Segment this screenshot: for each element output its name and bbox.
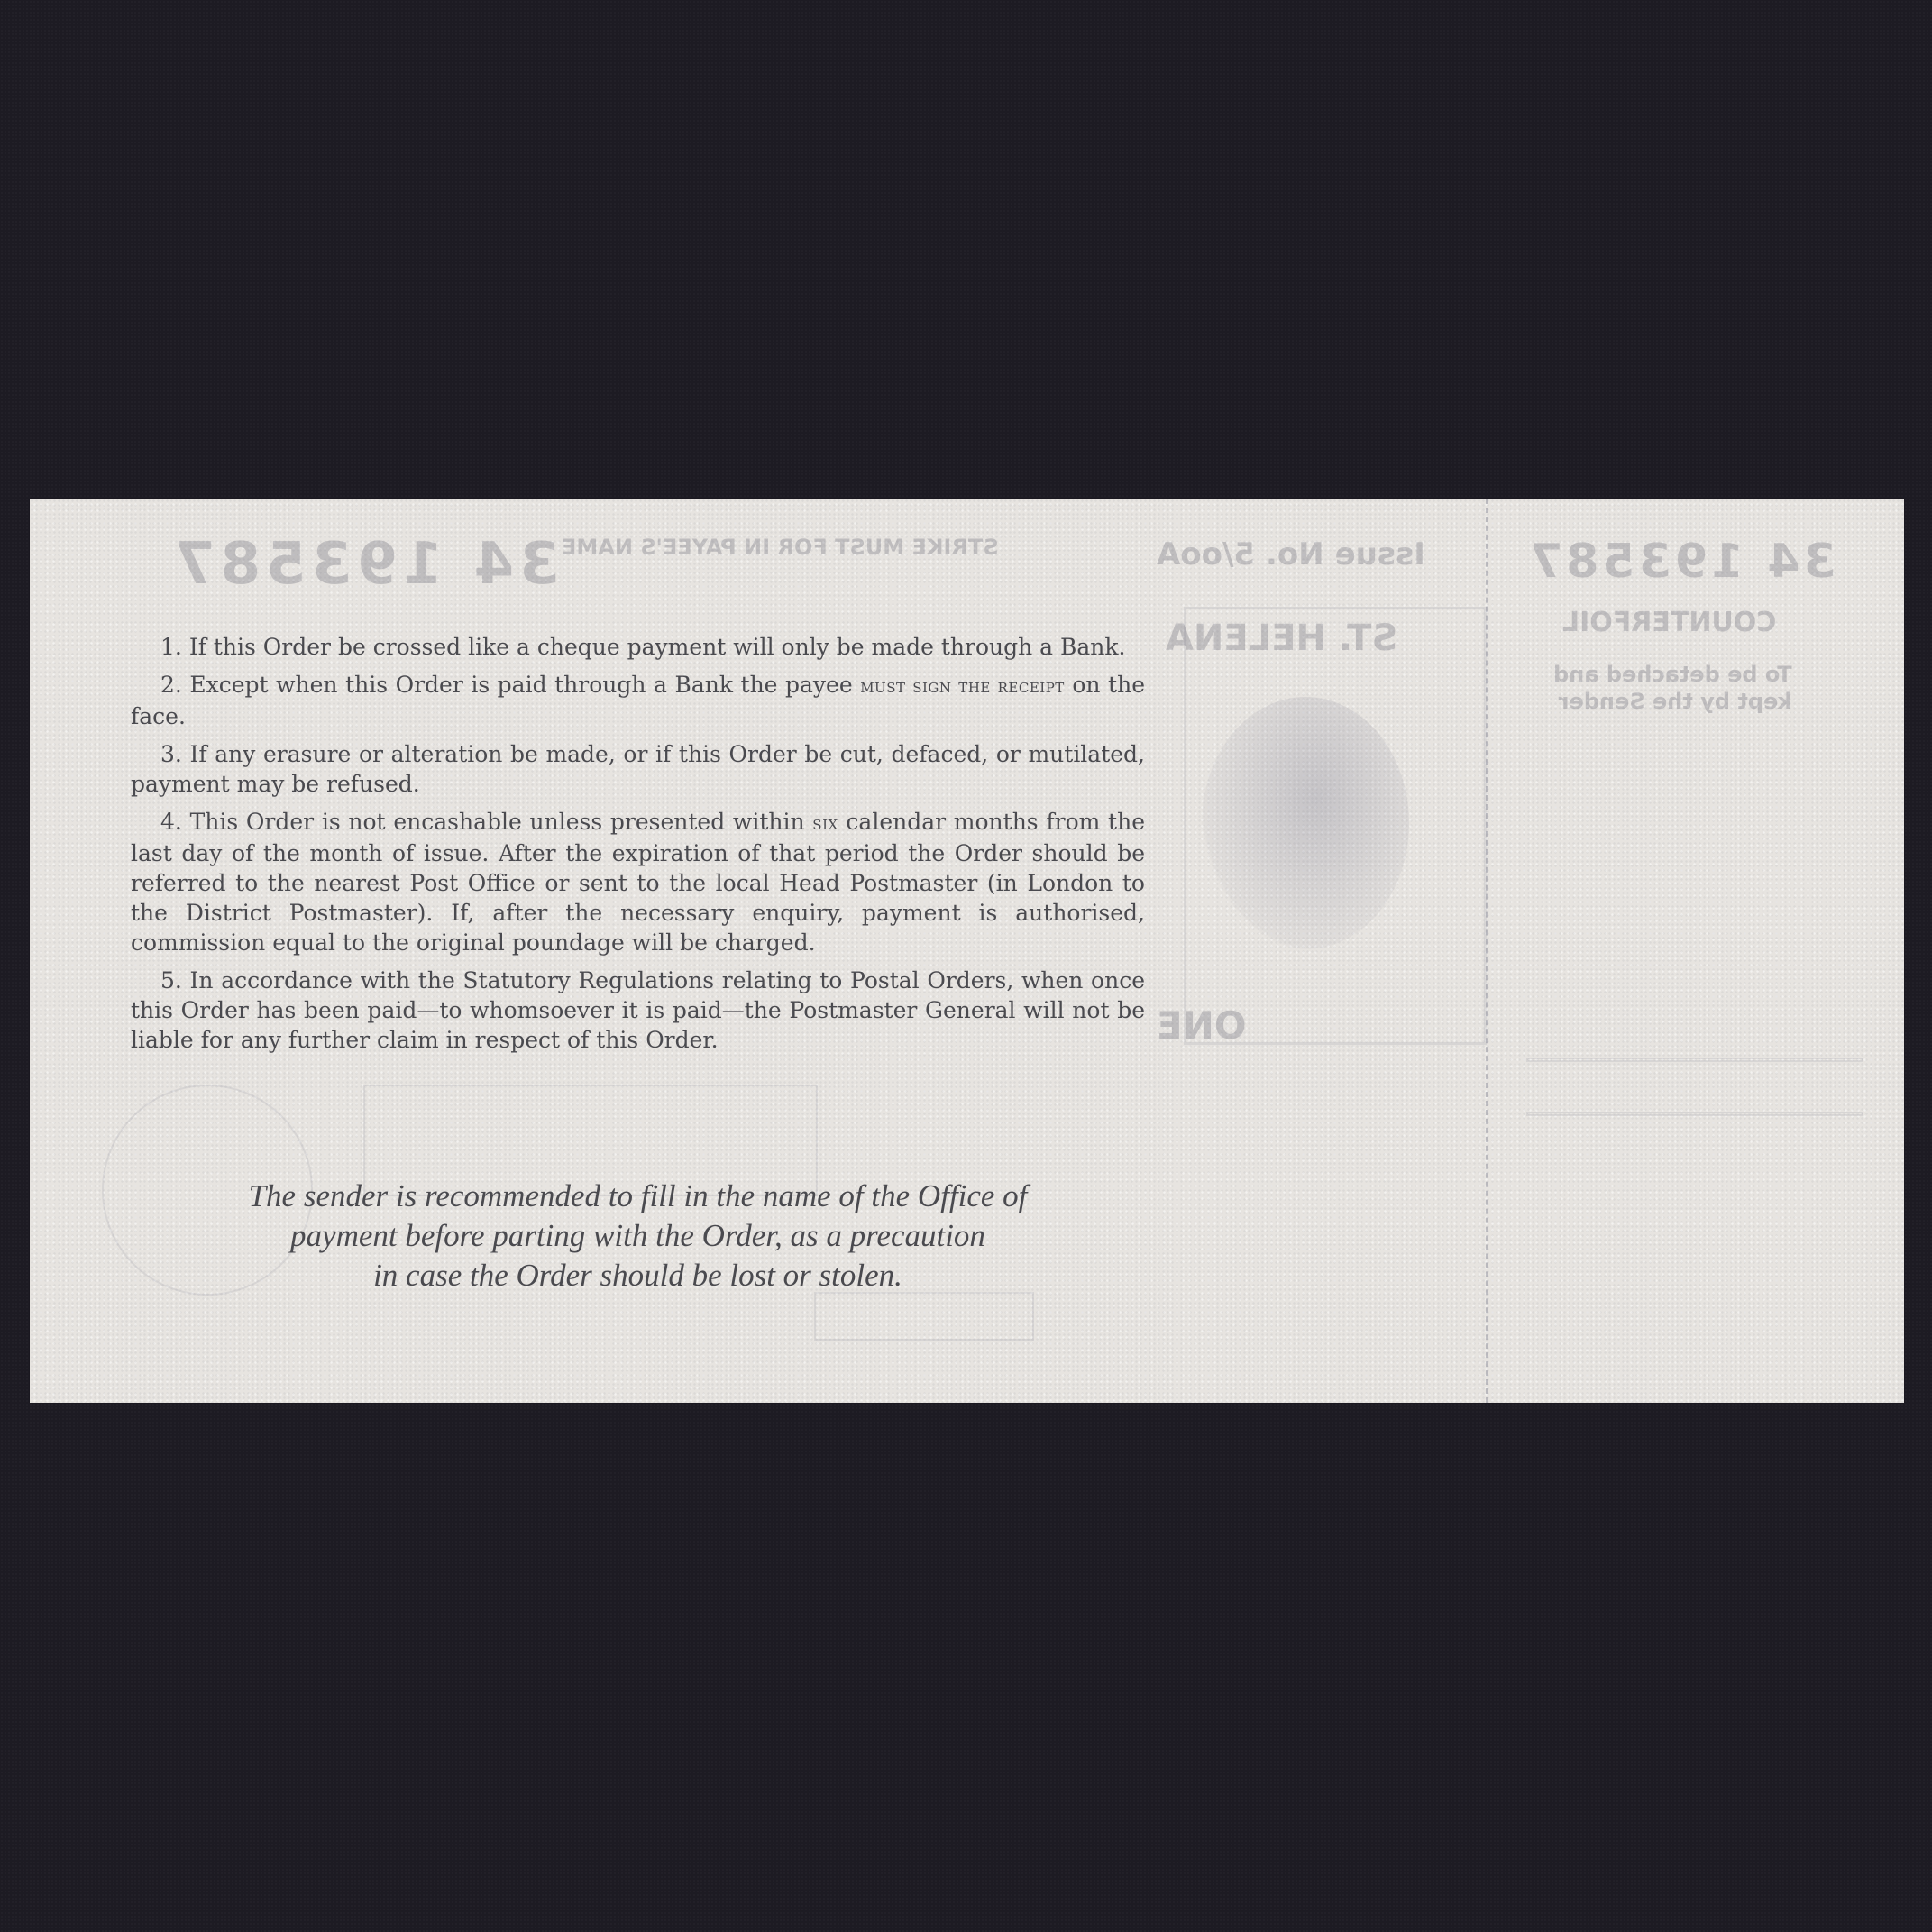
show-through-counterfoil-serial: 34 193587 [1526,535,1836,589]
emphasis-must-sign: must sign the receipt [860,675,1065,697]
sender-advice: The sender is recommended to fill in the… [131,1177,1145,1296]
condition-4: 4. This Order is not encashable unless p… [131,807,1145,957]
show-through-rule [1526,1112,1863,1116]
perforation-line [1486,499,1488,1403]
show-through-counterfoil-note: To be detached and kept by the Sender [1553,661,1792,715]
condition-1: 1. If this Order be crossed like a chequ… [131,632,1145,662]
show-through-box [814,1292,1034,1341]
condition-2: 2. Except when this Order is paid throug… [131,670,1145,731]
postal-order-reverse: 34 193587 STRIKE MUST FOR IN PAYEE'S NAM… [30,499,1904,1403]
show-through-rule [1526,1058,1863,1062]
show-through-header: STRIKE MUST FOR IN PAYEE'S NAME [562,535,999,560]
emphasis-six: six [812,812,838,834]
show-through-portrait [1202,697,1409,949]
show-through-value: ONE [1157,1003,1247,1048]
condition-5: 5. In accordance with the Statutory Regu… [131,966,1145,1055]
show-through-issue: Issue No. 5/ooA [1157,536,1425,572]
show-through-stamp-text: ST. HELENA [1166,618,1397,659]
conditions-list: 1. If this Order be crossed like a chequ… [131,632,1145,1063]
condition-3: 3. If any erasure or alteration be made,… [131,739,1145,799]
show-through-serial: 34 193587 [169,531,560,598]
show-through-counterfoil-title: COUNTERFOIL [1562,607,1776,638]
